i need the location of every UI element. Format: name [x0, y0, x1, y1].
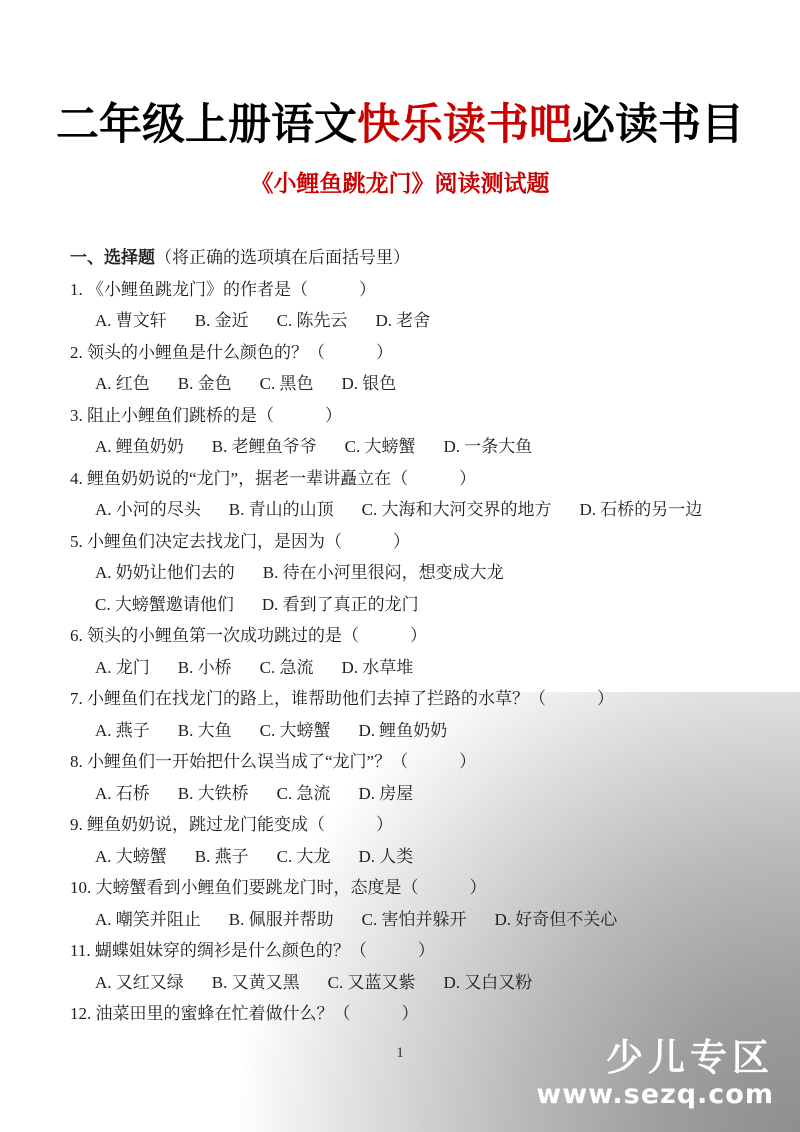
questions-list: 1. 《小鲤鱼跳龙门》的作者是（ ）A. 曹文轩B. 金近C. 陈先云D. 老舍…	[70, 274, 780, 1030]
question-text: 5. 小鲤鱼们决定去找龙门，是因为（ ）	[70, 526, 780, 558]
page-subtitle: 《小鲤鱼跳龙门》阅读测试题	[0, 170, 800, 198]
option-line: A. 燕子B. 大鱼C. 大螃蟹D. 鲤鱼奶奶	[70, 715, 780, 747]
question-text: 3. 阻止小鲤鱼们跳桥的是（ ）	[70, 400, 780, 432]
question-text: 11. 蝴蝶姐妹穿的绸衫是什么颜色的？（ ）	[70, 935, 780, 967]
option-line: A. 曹文轩B. 金近C. 陈先云D. 老舍	[70, 305, 780, 337]
title-part-3: 必读书目	[572, 100, 744, 150]
option-line: A. 奶奶让他们去的B. 待在小河里很闷，想变成大龙	[70, 557, 780, 589]
option: C. 大海和大河交界的地方	[362, 494, 552, 526]
option: D. 好奇但不关心	[494, 904, 617, 936]
option-line: A. 石桥B. 大铁桥C. 急流D. 房屋	[70, 778, 780, 810]
question-text: 10. 大螃蟹看到小鲤鱼们要跳龙门时，态度是（ ）	[70, 872, 780, 904]
option: A. 红色	[95, 368, 150, 400]
option: C. 又蓝又紫	[328, 967, 416, 999]
option-line: A. 嘲笑并阻止B. 佩服并帮助C. 害怕并躲开D. 好奇但不关心	[70, 904, 780, 936]
option: B. 佩服并帮助	[229, 904, 334, 936]
option-line: A. 鲤鱼奶奶B. 老鲤鱼爷爷C. 大螃蟹D. 一条大鱼	[70, 431, 780, 463]
option: C. 急流	[277, 778, 331, 810]
option-line: A. 小河的尽头B. 青山的山顶C. 大海和大河交界的地方D. 石桥的另一边	[70, 494, 780, 526]
section-heading-rest: （将正确的选项填在后面括号里）	[155, 248, 410, 267]
option: B. 又黄又黑	[212, 967, 300, 999]
option: C. 黑色	[260, 368, 314, 400]
option: B. 金色	[178, 368, 232, 400]
option: B. 大鱼	[178, 715, 232, 747]
option: D. 一条大鱼	[443, 431, 532, 463]
option: D. 人类	[358, 841, 413, 873]
option: A. 燕子	[95, 715, 150, 747]
option: B. 金近	[195, 305, 249, 337]
option-line: A. 又红又绿B. 又黄又黑C. 又蓝又紫D. 又白又粉	[70, 967, 780, 999]
question-text: 8. 小鲤鱼们一开始把什么误当成了“龙门”？（ ）	[70, 746, 780, 778]
option: C. 急流	[260, 652, 314, 684]
option: C. 大螃蟹	[345, 431, 416, 463]
option: B. 小桥	[178, 652, 232, 684]
option: C. 大螃蟹邀请他们	[95, 589, 234, 621]
option-line: A. 龙门B. 小桥C. 急流D. 水草堆	[70, 652, 780, 684]
page-title: 二年级上册语文快乐读书吧必读书目	[0, 101, 800, 149]
option: D. 石桥的另一边	[579, 494, 702, 526]
option-line: C. 大螃蟹邀请他们D. 看到了真正的龙门	[70, 589, 780, 621]
option: A. 龙门	[95, 652, 150, 684]
option: A. 曹文轩	[95, 305, 167, 337]
option: D. 老舍	[375, 305, 430, 337]
document-page: { "page": { "title": { "part1": "二年级上册语文…	[0, 0, 800, 1132]
watermark-brand: 少儿专区	[606, 1038, 774, 1078]
option: A. 奶奶让他们去的	[95, 557, 235, 589]
option: A. 鲤鱼奶奶	[95, 431, 184, 463]
option: D. 房屋	[358, 778, 413, 810]
option: A. 小河的尽头	[95, 494, 201, 526]
watermark-url: www.sezq.com	[536, 1080, 774, 1110]
question-text: 7. 小鲤鱼们在找龙门的路上，谁帮助他们去掉了拦路的水草？（ ）	[70, 683, 780, 715]
option: D. 又白又粉	[443, 967, 532, 999]
option: B. 燕子	[195, 841, 249, 873]
option: C. 陈先云	[277, 305, 348, 337]
question-text: 1. 《小鲤鱼跳龙门》的作者是（ ）	[70, 274, 780, 306]
question-text: 9. 鲤鱼奶奶说，跳过龙门能变成（ ）	[70, 809, 780, 841]
question-text: 2. 领头的小鲤鱼是什么颜色的？（ ）	[70, 337, 780, 369]
question-text: 6. 领头的小鲤鱼第一次成功跳过的是（ ）	[70, 620, 780, 652]
option: B. 大铁桥	[178, 778, 249, 810]
questions-section: 一、选择题（将正确的选项填在后面括号里） 1. 《小鲤鱼跳龙门》的作者是（ ）A…	[70, 242, 780, 1030]
option: C. 害怕并躲开	[362, 904, 467, 936]
section-heading-bold: 一、选择题	[70, 248, 155, 267]
option: B. 待在小河里很闷，想变成大龙	[263, 557, 504, 589]
option: B. 青山的山顶	[229, 494, 334, 526]
option: A. 石桥	[95, 778, 150, 810]
option: B. 老鲤鱼爷爷	[212, 431, 317, 463]
option-line: A. 红色B. 金色C. 黑色D. 银色	[70, 368, 780, 400]
option: D. 银色	[341, 368, 396, 400]
option: C. 大龙	[277, 841, 331, 873]
option-line: A. 大螃蟹B. 燕子C. 大龙D. 人类	[70, 841, 780, 873]
option: A. 大螃蟹	[95, 841, 167, 873]
question-text: 12. 油菜田里的蜜蜂在忙着做什么？（ ）	[70, 998, 780, 1030]
option: D. 鲤鱼奶奶	[358, 715, 447, 747]
option: C. 大螃蟹	[260, 715, 331, 747]
title-highlight: 快乐读书吧	[357, 100, 572, 150]
option: D. 水草堆	[341, 652, 413, 684]
option: A. 嘲笑并阻止	[95, 904, 201, 936]
option: A. 又红又绿	[95, 967, 184, 999]
section-heading: 一、选择题（将正确的选项填在后面括号里）	[70, 242, 780, 274]
option: D. 看到了真正的龙门	[262, 589, 419, 621]
title-part-1: 二年级上册语文	[56, 100, 357, 150]
question-text: 4. 鲤鱼奶奶说的“龙门”，据老一辈讲矗立在（ ）	[70, 463, 780, 495]
